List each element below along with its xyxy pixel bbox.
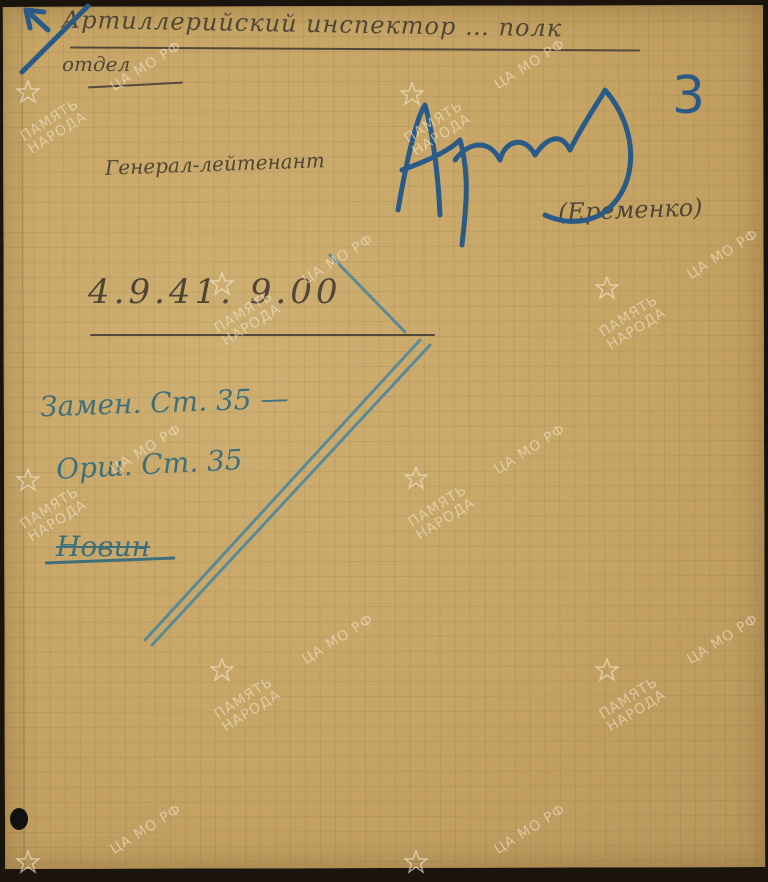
star-icon bbox=[595, 658, 619, 682]
star-icon bbox=[210, 272, 234, 296]
star-icon bbox=[400, 82, 424, 106]
star-icon bbox=[404, 850, 428, 874]
star-icon bbox=[210, 658, 234, 682]
date-underline bbox=[90, 334, 435, 336]
punch-hole bbox=[10, 808, 28, 830]
archival-document-page bbox=[3, 5, 765, 869]
star-icon bbox=[16, 80, 40, 104]
star-icon bbox=[404, 466, 428, 490]
signer-name: (Еременко) bbox=[558, 193, 703, 226]
note-line-3-struck: Новин bbox=[56, 530, 150, 563]
star-icon bbox=[16, 850, 40, 874]
star-icon bbox=[595, 276, 619, 300]
page-number: 3 bbox=[672, 66, 705, 126]
star-icon bbox=[16, 468, 40, 492]
